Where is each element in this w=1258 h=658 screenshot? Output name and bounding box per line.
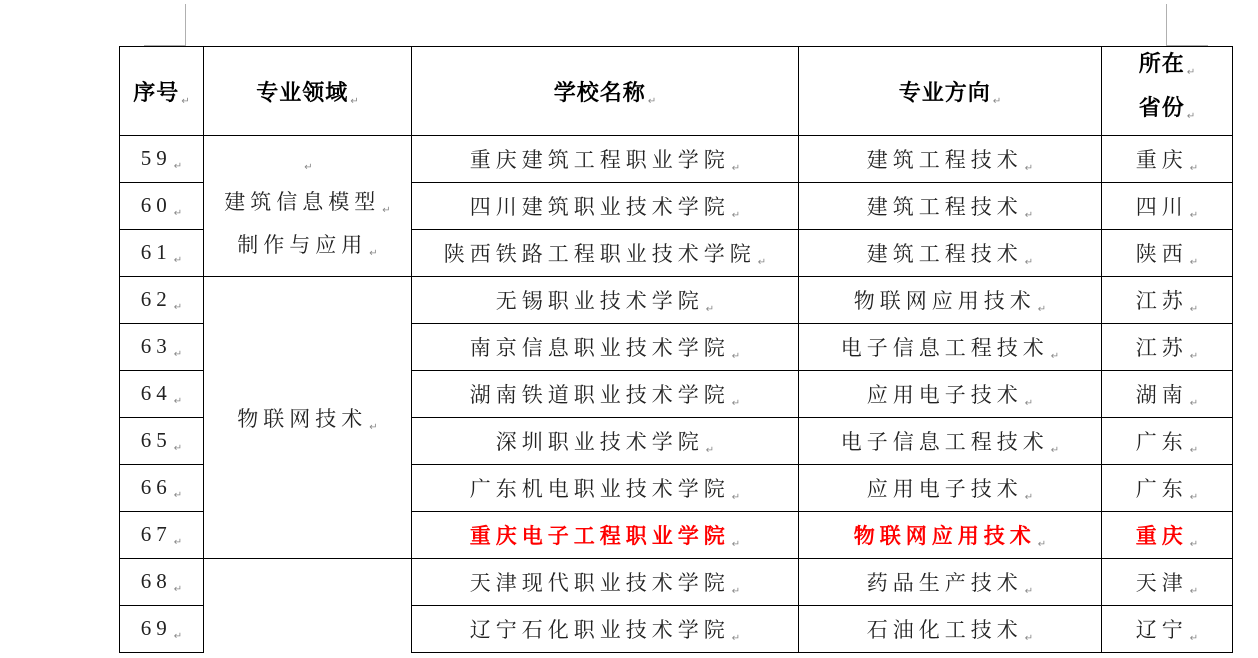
row-index-value: 68 bbox=[141, 569, 172, 593]
field-cell-bim: ↵ 建筑信息模型↵ 制作与应用↵ bbox=[204, 136, 412, 277]
table-row: 59↵ ↵ 建筑信息模型↵ 制作与应用↵ 重庆建筑工程职业学院↵ 建筑工程技术↵… bbox=[120, 136, 1233, 183]
province-cell: 广东↵ bbox=[1102, 465, 1233, 512]
row-index-value: 62 bbox=[141, 287, 172, 311]
row-index-value: 67 bbox=[141, 522, 172, 546]
row-index: 67↵ bbox=[120, 512, 204, 559]
paragraph-mark-icon: ↵ bbox=[181, 96, 189, 107]
header-index-label: 序号 bbox=[133, 81, 179, 106]
row-index: 60↵ bbox=[120, 183, 204, 230]
major-cell: 药品生产技术↵ bbox=[799, 559, 1102, 606]
paragraph-mark-icon: ↵ bbox=[648, 96, 656, 107]
field-cell-iot: 物联网技术↵ bbox=[204, 277, 412, 559]
province-cell: 江苏↵ bbox=[1102, 277, 1233, 324]
header-province-line2: 省份 bbox=[1139, 96, 1185, 121]
paragraph-mark-icon: ↵ bbox=[174, 584, 182, 595]
paragraph-mark-icon: ↵ bbox=[1190, 445, 1198, 456]
paragraph-mark-icon: ↵ bbox=[1025, 398, 1033, 409]
paragraph-mark-icon: ↵ bbox=[993, 96, 1001, 107]
school-name-highlighted: 重庆电子工程职业学院 bbox=[470, 524, 730, 548]
major-cell: 应用电子技术↵ bbox=[799, 371, 1102, 418]
school-name: 四川建筑职业技术学院 bbox=[470, 195, 730, 219]
header-school: 学校名称↵ bbox=[412, 47, 799, 136]
paragraph-mark-icon: ↵ bbox=[1025, 586, 1033, 597]
paragraph-mark-icon: ↵ bbox=[174, 490, 182, 501]
row-index: 61↵ bbox=[120, 230, 204, 277]
major-cell: 建筑工程技术↵ bbox=[799, 136, 1102, 183]
header-school-label: 学校名称 bbox=[554, 81, 646, 106]
paragraph-mark-icon: ↵ bbox=[369, 422, 377, 433]
major-cell: 建筑工程技术↵ bbox=[799, 183, 1102, 230]
paragraph-mark-icon: ↵ bbox=[1038, 304, 1046, 315]
paragraph-mark-icon: ↵ bbox=[1187, 67, 1195, 78]
school-name: 无锡职业技术学院 bbox=[496, 289, 704, 313]
paragraph-mark-icon: ↵ bbox=[732, 398, 740, 409]
row-index: 62↵ bbox=[120, 277, 204, 324]
paragraph-mark-icon: ↵ bbox=[1190, 492, 1198, 503]
row-index-value: 59 bbox=[141, 146, 172, 170]
school-cell: 无锡职业技术学院↵ bbox=[412, 277, 799, 324]
field-label: 物联网技术 bbox=[237, 407, 367, 431]
school-name: 广东机电职业技术学院 bbox=[470, 477, 730, 501]
major-name: 物联网应用技术 bbox=[854, 289, 1036, 313]
province-cell: 重庆↵ bbox=[1102, 136, 1233, 183]
paragraph-mark-icon: ↵ bbox=[758, 257, 766, 268]
field-label-line1: 建筑信息模型 bbox=[224, 190, 380, 214]
major-name: 石油化工技术 bbox=[867, 618, 1023, 642]
table-row: 68↵ 天津现代职业技术学院↵ 药品生产技术↵ 天津↵ bbox=[120, 559, 1233, 606]
province-name: 广东 bbox=[1136, 477, 1188, 501]
school-cell: 广东机电职业技术学院↵ bbox=[412, 465, 799, 512]
row-index-value: 63 bbox=[141, 334, 172, 358]
province-cell: 天津↵ bbox=[1102, 559, 1233, 606]
paragraph-mark-icon: ↵ bbox=[1025, 633, 1033, 644]
paragraph-mark-icon: ↵ bbox=[174, 443, 182, 454]
paragraph-mark-icon: ↵ bbox=[174, 631, 182, 642]
header-major: 专业方向↵ bbox=[799, 47, 1102, 136]
major-cell: 建筑工程技术↵ bbox=[799, 230, 1102, 277]
province-name: 江苏 bbox=[1136, 289, 1188, 313]
row-index: 59↵ bbox=[120, 136, 204, 183]
row-index-value: 66 bbox=[141, 475, 172, 499]
paragraph-mark-icon: ↵ bbox=[1190, 586, 1198, 597]
major-name: 应用电子技术 bbox=[867, 477, 1023, 501]
paragraph-mark-icon: ↵ bbox=[382, 205, 390, 216]
major-name: 药品生产技术 bbox=[867, 571, 1023, 595]
province-cell: 辽宁↵ bbox=[1102, 606, 1233, 653]
major-name-highlighted: 物联网应用技术 bbox=[854, 524, 1036, 548]
paragraph-mark-icon: ↵ bbox=[1190, 351, 1198, 362]
major-cell: 应用电子技术↵ bbox=[799, 465, 1102, 512]
school-cell: 陕西铁路工程职业技术学院↵ bbox=[412, 230, 799, 277]
header-field: 专业领域↵ bbox=[204, 47, 412, 136]
province-name: 湖南 bbox=[1136, 383, 1188, 407]
province-name: 广东 bbox=[1136, 430, 1188, 454]
paragraph-mark-icon: ↵ bbox=[1190, 539, 1198, 550]
paragraph-mark-icon: ↵ bbox=[706, 304, 714, 315]
header-index: 序号↵ bbox=[120, 47, 204, 136]
paragraph-mark-icon: ↵ bbox=[732, 163, 740, 174]
header-province-line1: 所在 bbox=[1139, 52, 1185, 77]
field-cell-empty bbox=[204, 559, 412, 653]
province-name: 陕西 bbox=[1136, 242, 1188, 266]
row-index-value: 65 bbox=[141, 428, 172, 452]
row-index: 63↵ bbox=[120, 324, 204, 371]
field-label-line2: 制作与应用 bbox=[237, 233, 367, 257]
school-cell: 重庆建筑工程职业学院↵ bbox=[412, 136, 799, 183]
school-name: 天津现代职业技术学院 bbox=[470, 571, 730, 595]
paragraph-mark-icon: ↵ bbox=[1025, 210, 1033, 221]
paragraph-mark-icon: ↵ bbox=[369, 248, 377, 259]
province-name: 江苏 bbox=[1136, 336, 1188, 360]
paragraph-mark-icon: ↵ bbox=[1190, 163, 1198, 174]
major-name: 建筑工程技术 bbox=[867, 195, 1023, 219]
paragraph-mark-icon: ↵ bbox=[732, 586, 740, 597]
province-cell: 四川↵ bbox=[1102, 183, 1233, 230]
major-name: 电子信息工程技术 bbox=[841, 336, 1049, 360]
major-cell: 电子信息工程技术↵ bbox=[799, 324, 1102, 371]
school-cell: 重庆电子工程职业学院↵ bbox=[412, 512, 799, 559]
major-cell: 电子信息工程技术↵ bbox=[799, 418, 1102, 465]
major-cell: 物联网应用技术↵ bbox=[799, 512, 1102, 559]
paragraph-mark-icon: ↵ bbox=[304, 162, 312, 173]
school-name: 湖南铁道职业技术学院 bbox=[470, 383, 730, 407]
paragraph-mark-icon: ↵ bbox=[1025, 492, 1033, 503]
province-name: 重庆 bbox=[1136, 148, 1188, 172]
paragraph-mark-icon: ↵ bbox=[1190, 210, 1198, 221]
major-cell: 物联网应用技术↵ bbox=[799, 277, 1102, 324]
school-cell: 四川建筑职业技术学院↵ bbox=[412, 183, 799, 230]
header-province: 所在↵ 省份↵ bbox=[1102, 47, 1233, 136]
major-name: 应用电子技术 bbox=[867, 383, 1023, 407]
province-cell: 广东↵ bbox=[1102, 418, 1233, 465]
row-index-value: 61 bbox=[141, 240, 172, 264]
paragraph-mark-icon: ↵ bbox=[174, 349, 182, 360]
major-cell: 石油化工技术↵ bbox=[799, 606, 1102, 653]
school-name: 陕西铁路工程职业技术学院 bbox=[444, 242, 756, 266]
school-cell: 天津现代职业技术学院↵ bbox=[412, 559, 799, 606]
school-name: 重庆建筑工程职业学院 bbox=[470, 148, 730, 172]
crop-mark-left-vertical bbox=[185, 4, 186, 46]
major-name: 建筑工程技术 bbox=[867, 242, 1023, 266]
paragraph-mark-icon: ↵ bbox=[350, 96, 358, 107]
school-name: 深圳职业技术学院 bbox=[496, 430, 704, 454]
row-index: 69↵ bbox=[120, 606, 204, 653]
province-name: 天津 bbox=[1136, 571, 1188, 595]
school-cell: 湖南铁道职业技术学院↵ bbox=[412, 371, 799, 418]
school-cell: 深圳职业技术学院↵ bbox=[412, 418, 799, 465]
row-index: 68↵ bbox=[120, 559, 204, 606]
row-index-value: 69 bbox=[141, 616, 172, 640]
major-name: 建筑工程技术 bbox=[867, 148, 1023, 172]
row-index: 66↵ bbox=[120, 465, 204, 512]
province-cell: 重庆↵ bbox=[1102, 512, 1233, 559]
row-index: 64↵ bbox=[120, 371, 204, 418]
province-name: 辽宁 bbox=[1136, 618, 1188, 642]
paragraph-mark-icon: ↵ bbox=[174, 537, 182, 548]
row-index-value: 64 bbox=[141, 381, 172, 405]
crop-mark-right-vertical bbox=[1166, 4, 1167, 46]
school-cell: 辽宁石化职业技术学院↵ bbox=[412, 606, 799, 653]
header-major-label: 专业方向 bbox=[899, 81, 991, 106]
paragraph-mark-icon: ↵ bbox=[732, 492, 740, 503]
school-name: 辽宁石化职业技术学院 bbox=[470, 618, 730, 642]
major-name: 电子信息工程技术 bbox=[841, 430, 1049, 454]
paragraph-mark-icon: ↵ bbox=[732, 539, 740, 550]
paragraph-mark-icon: ↵ bbox=[1025, 257, 1033, 268]
province-cell: 江苏↵ bbox=[1102, 324, 1233, 371]
paragraph-mark-icon: ↵ bbox=[1025, 163, 1033, 174]
paragraph-mark-icon: ↵ bbox=[174, 302, 182, 313]
paragraph-mark-icon: ↵ bbox=[174, 161, 182, 172]
header-field-label: 专业领域 bbox=[256, 81, 348, 106]
row-index: 65↵ bbox=[120, 418, 204, 465]
paragraph-mark-icon: ↵ bbox=[1187, 111, 1195, 122]
paragraph-mark-icon: ↵ bbox=[1190, 633, 1198, 644]
paragraph-mark-icon: ↵ bbox=[732, 351, 740, 362]
paragraph-mark-icon: ↵ bbox=[1190, 398, 1198, 409]
province-name: 四川 bbox=[1136, 195, 1188, 219]
school-cell: 南京信息职业技术学院↵ bbox=[412, 324, 799, 371]
province-cell: 陕西↵ bbox=[1102, 230, 1233, 277]
paragraph-mark-icon: ↵ bbox=[1038, 539, 1046, 550]
paragraph-mark-icon: ↵ bbox=[174, 255, 182, 266]
paragraph-mark-icon: ↵ bbox=[1051, 445, 1059, 456]
paragraph-mark-icon: ↵ bbox=[1190, 304, 1198, 315]
province-cell: 湖南↵ bbox=[1102, 371, 1233, 418]
header-row: 序号↵ 专业领域↵ 学校名称↵ 专业方向↵ 所在↵ 省份↵ bbox=[120, 47, 1233, 136]
paragraph-mark-icon: ↵ bbox=[732, 210, 740, 221]
row-index-value: 60 bbox=[141, 193, 172, 217]
paragraph-mark-icon: ↵ bbox=[1051, 351, 1059, 362]
table-row: 62↵ 物联网技术↵ 无锡职业技术学院↵ 物联网应用技术↵ 江苏↵ bbox=[120, 277, 1233, 324]
school-name: 南京信息职业技术学院 bbox=[470, 336, 730, 360]
schools-table: 序号↵ 专业领域↵ 学校名称↵ 专业方向↵ 所在↵ 省份↵ 59↵ ↵ 建筑信息… bbox=[119, 46, 1233, 653]
paragraph-mark-icon: ↵ bbox=[174, 396, 182, 407]
paragraph-mark-icon: ↵ bbox=[174, 208, 182, 219]
paragraph-mark-icon: ↵ bbox=[1190, 257, 1198, 268]
paragraph-mark-icon: ↵ bbox=[706, 445, 714, 456]
province-name-highlighted: 重庆 bbox=[1136, 524, 1188, 548]
paragraph-mark-icon: ↵ bbox=[732, 633, 740, 644]
